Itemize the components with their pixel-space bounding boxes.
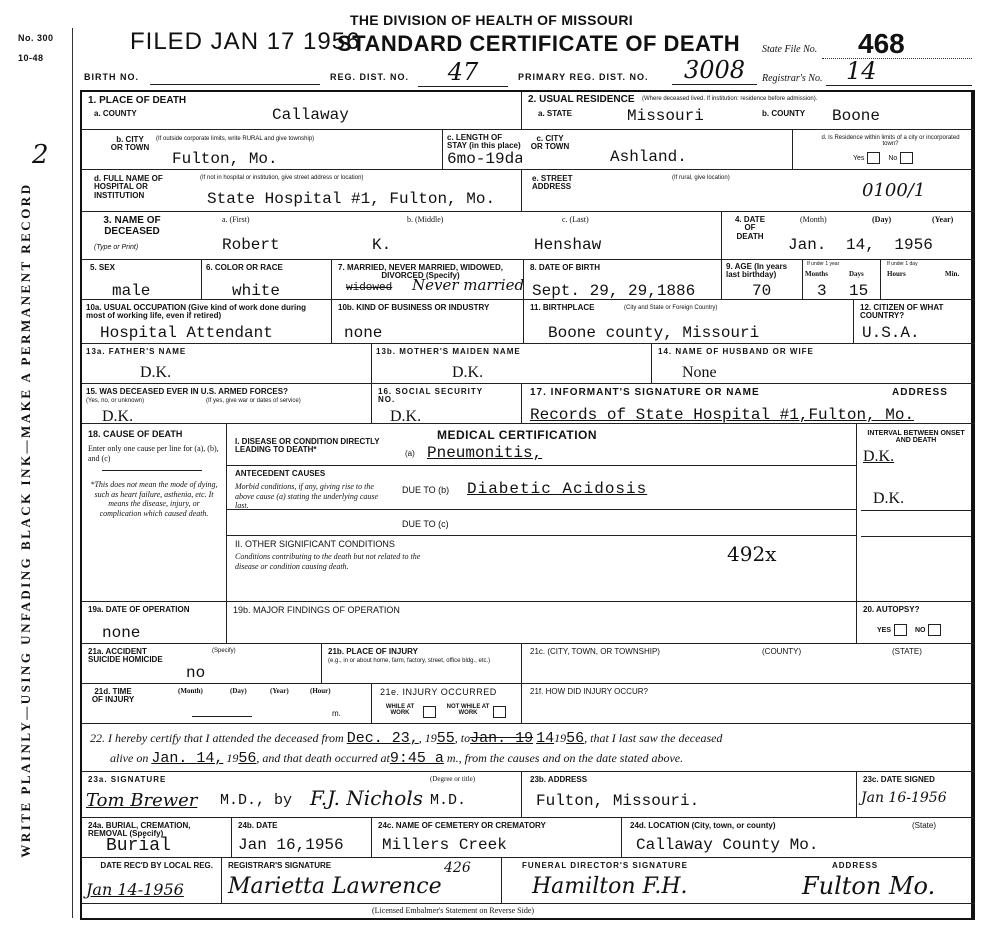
cert-text: , to [455, 731, 470, 745]
spouse-cell: 14. NAME OF HUSBAND OR WIFE None [652, 344, 975, 384]
injury-day-label: (Day) [230, 688, 247, 695]
physician-degree-typed: M.D., by [220, 792, 292, 809]
length-of-stay-value: 6mo-19da [447, 150, 522, 168]
spouse-value: None [682, 364, 717, 382]
injury-county-label: (COUNTY) [762, 648, 801, 656]
registrar-signature-label: REGISTRAR'S SIGNATURE [228, 862, 331, 870]
date-signed-value: Jan 16-1956 [861, 790, 947, 806]
hospital-label: d. FULL NAME OF HOSPITAL OR INSTITUTION [94, 175, 199, 200]
date-of-birth-label: 8. DATE OF BIRTH [530, 264, 600, 272]
residence-city-value: Ashland. [610, 148, 687, 166]
time-of-injury-label: 21d. TIME OF INJURY [88, 688, 138, 705]
place-of-injury-note: (e.g., in or about home, farm, factory, … [328, 658, 513, 664]
citizenship-cell: 12. CITIZEN OF WHAT COUNTRY? U.S.A. [854, 300, 975, 344]
autopsy-cell: 20. AUTOPSY? YES NO [857, 602, 975, 644]
cemetery-location-value: Callaway County Mo. [636, 836, 818, 854]
residence-city-label: c. CITY OR TOWN [530, 135, 570, 152]
age-under-year-cell: If under 1 year Months Days 3 15 [802, 260, 880, 300]
other-conditions-note: Conditions contributing to the death but… [235, 552, 435, 571]
filed-stamp: FILED JAN 17 1956 [130, 28, 360, 56]
under-one-day-label: If under 1 day [887, 262, 918, 267]
date-of-birth-value: Sept. 29, 29,1886 [532, 282, 695, 300]
other-conditions-code: 492x [727, 542, 776, 566]
divider [861, 536, 971, 537]
residence-code-mark: 0100/1 [862, 180, 925, 201]
city-label: b. CITY OR TOWN [110, 136, 150, 153]
place-of-death-city-cell: b. CITY OR TOWN (If outside corporate li… [82, 130, 522, 170]
date-of-death-label: 4. DATE OF DEATH [730, 216, 770, 241]
division-title: THE DIVISION OF HEALTH OF MISSOURI [350, 12, 633, 28]
name-note: (Type or Print) [94, 244, 138, 251]
other-conditions-cell: II. OTHER SIGNIFICANT CONDITIONS Conditi… [227, 536, 857, 602]
registrar-code: 426 [444, 860, 471, 876]
cert-text: , and that death occurred at [256, 751, 390, 765]
date-received-cell: DATE REC'D BY LOCAL REG. Jan 14-1956 [82, 858, 222, 904]
degree-label: (Degree or title) [430, 776, 475, 783]
hospital-note: (If not in hospital or institution, give… [200, 175, 363, 181]
by-physician-degree: M.D. [430, 792, 466, 809]
burial-date-label: 24b. DATE [238, 822, 277, 830]
within-limits-yes-checkbox[interactable] [867, 152, 880, 164]
autopsy-options: YES NO [877, 624, 947, 636]
cemetery-cell: 24c. NAME OF CEMETERY OR CREMATORY Mille… [372, 818, 622, 858]
cemetery-location-cell: 24d. LOCATION (City, town, or county) (S… [622, 818, 975, 858]
injury-location-cell: 21c. (CITY, TOWN, OR TOWNSHIP) (COUNTY) … [522, 644, 975, 684]
marital-status-value: Never married [412, 276, 524, 294]
certification-line-1: 22. I hereby certify that I attended the… [90, 730, 722, 747]
father-cell: 13a. FATHER'S NAME D.K. [82, 344, 372, 384]
cause-a-marker: (a) [405, 450, 415, 458]
residence-county-label: b. COUNTY [762, 110, 805, 118]
occupation-value: Hospital Attendant [100, 324, 273, 342]
informant-label: 17. INFORMANT'S SIGNATURE OR NAME [530, 388, 760, 399]
operation-findings-cell: 19b. MAJOR FINDINGS OF OPERATION [227, 602, 857, 644]
within-limits-cell: d. Is Residence within limits of a city … [792, 130, 975, 170]
informant-address-label: ADDRESS [892, 388, 948, 399]
months-label: Months [805, 271, 828, 278]
occupation-label: 10a. USUAL OCCUPATION (Give kind of work… [86, 304, 326, 321]
reg-dist-label: REG. DIST. NO. [330, 72, 409, 82]
interval-label: INTERVAL BETWEEN ONSET AND DEATH [863, 430, 969, 445]
attended-from-date: Dec. 23, [347, 730, 419, 747]
injury-year-label: (Year) [270, 688, 289, 695]
mother-value: D.K. [452, 364, 483, 382]
interval-a-value: D.K. [863, 448, 894, 466]
date-of-birth-cell: 8. DATE OF BIRTH Sept. 29, 29,1886 [524, 260, 722, 300]
residence-note: (Where deceased lived. If institution: r… [642, 96, 972, 102]
autopsy-yes-checkbox[interactable] [894, 624, 907, 636]
birth-no-label: BIRTH NO. [84, 72, 139, 82]
age-label: 9. AGE (In years last birthday) [726, 263, 798, 280]
month-label: (Month) [800, 216, 827, 224]
day-label: (Day) [872, 216, 891, 224]
immediate-cause-label: I. DISEASE OR CONDITION DIRECTLY LEADING… [235, 438, 405, 455]
interval-cell: INTERVAL BETWEEN ONSET AND DEATH D.K. D.… [857, 424, 975, 602]
time-of-death: 9:45 a [390, 750, 444, 767]
name-label: 3. NAME OF DECEASED [92, 216, 172, 237]
spouse-label: 14. NAME OF HUSBAND OR WIFE [658, 348, 814, 356]
while-at-work-label: WHILE AT WORK [378, 704, 422, 717]
not-while-at-work-checkbox[interactable] [493, 706, 506, 718]
physician-address-cell: 23b. ADDRESS Fulton, Missouri. [522, 772, 857, 818]
operation-date-value: none [102, 624, 140, 642]
funeral-director-address-label: ADDRESS [832, 862, 878, 870]
middle-name-value: K. [372, 236, 391, 254]
funeral-director-signature: Hamilton F.H. [532, 874, 688, 899]
injury-month-label: (Month) [178, 688, 203, 695]
cause-of-death-label: 18. CAUSE OF DEATH [88, 430, 182, 439]
autopsy-yes-label: YES [877, 627, 891, 634]
autopsy-no-checkbox[interactable] [928, 624, 941, 636]
state-file-number: 468 [858, 28, 905, 60]
attended-to-year: 56 [566, 730, 584, 747]
physician-signature: Tom Brewer [86, 790, 197, 811]
marital-status-cell: 7. MARRIED, NEVER MARRIED, WIDOWED, DIVO… [332, 260, 524, 300]
how-injury-label: 21f. HOW DID INJURY OCCUR? [530, 688, 648, 696]
hospital-value: State Hospital #1, Fulton, Mo. [207, 190, 495, 208]
age-years-value: 70 [752, 282, 771, 300]
time-of-injury-cell: 21d. TIME OF INJURY (Month) (Day) (Year)… [82, 684, 372, 724]
cemetery-state-label: (State) [912, 822, 936, 830]
within-limits-no-checkbox[interactable] [900, 152, 913, 164]
age-months-value: 3 [817, 282, 827, 300]
year-label: (Year) [932, 216, 953, 224]
informant-value: Records of State Hospital #1,Fulton, Mo. [530, 406, 914, 424]
yes-label: Yes [853, 155, 864, 162]
cause-of-death-note: Enter only one cause per line for (a), (… [88, 444, 220, 463]
race-label: 6. COLOR OR RACE [206, 264, 283, 272]
due-to-b-label: DUE TO (b) [402, 486, 449, 495]
armed-forces-note1: (Yes, no, or unknown) [86, 398, 144, 404]
registrar-no-label: Registrar's No. [762, 73, 822, 84]
injury-location-label: 21c. (CITY, TOWN, OR TOWNSHIP) [530, 648, 660, 656]
funeral-director-cell: FUNERAL DIRECTOR'S SIGNATURE ADDRESS Ham… [502, 858, 975, 904]
cause-c-cell: DUE TO (c) [227, 510, 857, 536]
residence-street-cell: e. STREET ADDRESS (If rural, give locati… [522, 170, 975, 212]
cemetery-label: 24c. NAME OF CEMETERY OR CREMATORY [378, 822, 546, 830]
place-of-injury-cell: 21b. PLACE OF INJURY (e.g., in or about … [322, 644, 522, 684]
accident-cell: 21a. ACCIDENT SUICIDE HOMICIDE (Specify)… [82, 644, 322, 684]
registrar-signature: Marietta Lawrence [228, 874, 442, 899]
date-of-death-value: Jan. 14, 1956 [788, 236, 933, 254]
residence-state-cell: 2. USUAL RESIDENCE (Where deceased lived… [522, 92, 975, 130]
divider [102, 470, 202, 471]
date-signed-cell: 23c. DATE SIGNED Jan 16-1956 [857, 772, 975, 818]
armed-forces-value: D.K. [102, 408, 133, 424]
operation-findings-label: 19b. MAJOR FINDINGS OF OPERATION [233, 606, 400, 615]
last-seen-year: 56 [238, 750, 256, 767]
specify-label: (Specify) [212, 648, 236, 654]
cause-of-death-sidebar: 18. CAUSE OF DEATH Enter only one cause … [82, 424, 227, 602]
days-label: Days [849, 271, 864, 278]
marital-status-struck: widowed [346, 282, 392, 294]
attended-to-date-struck: Jan. 19 [470, 730, 533, 747]
margin-rule [72, 28, 73, 918]
race-value: white [232, 282, 280, 300]
informant-cell: 17. INFORMANT'S SIGNATURE OR NAME ADDRES… [522, 384, 975, 424]
citizenship-value: U.S.A. [862, 324, 920, 342]
cause-b-cell: ANTECEDENT CAUSES Morbid conditions, if … [227, 466, 857, 510]
registrar-signature-cell: REGISTRAR'S SIGNATURE Marietta Lawrence … [222, 858, 502, 904]
father-label: 13a. FATHER'S NAME [86, 348, 186, 356]
father-value: D.K. [140, 364, 171, 382]
injury-state-label: (STATE) [892, 648, 922, 656]
cert-text: m., from the causes and on the date stat… [447, 751, 683, 765]
residence-city-cell: c. CITY OR TOWN Ashland. d. Is Residence… [522, 130, 975, 170]
citizenship-label: 12. CITIZEN OF WHAT COUNTRY? [860, 304, 972, 321]
hours-label: Hours [887, 271, 906, 278]
business-value: none [344, 324, 382, 342]
residence-state-label: a. STATE [538, 110, 572, 118]
cert-text: alive on [110, 751, 148, 765]
last-seen-date: Jan. 14, [151, 750, 223, 767]
injury-time-line [192, 716, 252, 717]
birthplace-value: Boone county, Missouri [548, 324, 759, 342]
armed-forces-note2: (If yes, give war or dates of service) [206, 398, 301, 404]
interval-b-value: D.K. [873, 490, 904, 508]
antecedent-causes-note: Morbid conditions, if any, giving rise t… [235, 482, 385, 510]
race-cell: 6. COLOR OR RACE white [202, 260, 332, 300]
middle-name-label: b. (Middle) [407, 216, 443, 224]
hospital-cell: d. FULL NAME OF HOSPITAL OR INSTITUTION … [82, 170, 522, 212]
antecedent-causes-label: ANTECEDENT CAUSES [235, 470, 325, 478]
physician-address-label: 23b. ADDRESS [530, 776, 587, 784]
date-of-death-cell: 4. DATE OF DEATH (Month) (Day) (Year) Ja… [722, 212, 975, 260]
cert-text: , that I last saw the deceased [584, 731, 722, 745]
divider [861, 510, 971, 511]
sex-label: 5. SEX [90, 264, 115, 272]
injury-meridiem-label: m. [332, 710, 341, 718]
county-label: a. COUNTY [94, 110, 137, 118]
attended-to-date: 14 [536, 730, 554, 747]
attended-from-year: 55 [437, 730, 455, 747]
business-cell: 10b. KIND OF BUSINESS OR INDUSTRY none [332, 300, 524, 344]
registrar-number: 14 [826, 57, 972, 86]
cert-text: 19 [226, 751, 238, 765]
length-of-stay-label: c. LENGTH OF STAY (in this place) [447, 134, 521, 151]
by-physician-signature: F.J. Nichols [310, 786, 423, 810]
cemetery-location-label: 24d. LOCATION (City, town, or county) [630, 822, 775, 830]
sex-cell: 5. SEX male [82, 260, 202, 300]
cert-text: , 19 [419, 731, 437, 745]
reg-dist-number: 47 [418, 58, 508, 87]
within-limits-options: Yes No [853, 152, 919, 164]
date-signed-label: 23c. DATE SIGNED [863, 776, 935, 784]
primary-reg-number: 3008 [672, 56, 757, 85]
injury-occurred-label: 21e. INJURY OCCURRED [380, 688, 497, 697]
place-of-death-county-cell: 1. PLACE OF DEATH a. COUNTY Callaway [82, 92, 522, 130]
burial-method-value: Burial [106, 836, 171, 856]
cert-text: 22. I hereby certify that I attended the… [90, 731, 344, 745]
armed-forces-label: 15. WAS DECEASED EVER IN U.S. ARMED FORC… [86, 388, 288, 396]
autopsy-no-label: NO [915, 627, 926, 634]
physician-certification-cell: 22. I hereby certify that I attended the… [82, 724, 975, 772]
city-note: (If outside corporate limits, write RURA… [156, 136, 346, 142]
under-one-year-label: If under 1 year [807, 262, 839, 267]
first-name-label: a. (First) [222, 216, 250, 224]
ssn-label: 16. SOCIAL SECURITY NO. [378, 388, 498, 405]
street-label: e. STREET ADDRESS [532, 175, 582, 192]
mother-label: 13b. MOTHER'S MAIDEN NAME [376, 348, 521, 356]
cause-a-value: Pneumonitis, [427, 444, 542, 462]
due-to-c-label: DUE TO (c) [402, 520, 449, 529]
certificate-title: STANDARD CERTIFICATE OF DEATH [337, 31, 740, 57]
operation-date-cell: 19a. DATE OF OPERATION none [82, 602, 227, 644]
accident-value: no [186, 664, 205, 682]
last-name-value: Henshaw [534, 236, 601, 254]
place-of-death-label: 1. PLACE OF DEATH [88, 96, 186, 107]
length-of-stay-cell: c. LENGTH OF STAY (in this place) 6mo-19… [442, 130, 522, 170]
cause-of-death-footnote: *This does not mean the mode of dying, s… [88, 480, 220, 518]
state-file-label: State File No. [762, 44, 817, 55]
birthplace-label: 11. BIRTHPLACE [530, 304, 594, 312]
certificate-form: 1. PLACE OF DEATH a. COUNTY Callaway b. … [80, 90, 975, 920]
ssn-cell: 16. SOCIAL SECURITY NO. D.K. [372, 384, 522, 424]
age-days-value: 15 [849, 282, 868, 300]
residence-county-value: Boone [832, 107, 880, 125]
how-injury-cell: 21f. HOW DID INJURY OCCUR? [522, 684, 975, 724]
armed-forces-cell: 15. WAS DECEASED EVER IN U.S. ARMED FORC… [82, 384, 372, 424]
burial-date-cell: 24b. DATE Jan 16,1956 [232, 818, 372, 858]
cert-text: 19 [554, 731, 566, 745]
within-limits-label: d. Is Residence within limits of a city … [813, 135, 968, 148]
margin-instruction: WRITE PLAINLY—USING UNFADING BLACK INK—M… [8, 130, 44, 910]
injury-hour-label: (Hour) [310, 688, 331, 695]
mother-cell: 13b. MOTHER'S MAIDEN NAME D.K. [372, 344, 652, 384]
funeral-director-address: Fulton Mo. [802, 872, 935, 900]
physician-signature-cell: 23a. SIGNATURE (Degree or title) Tom Bre… [82, 772, 522, 818]
birth-no-field [150, 84, 320, 85]
name-cell: 3. NAME OF DECEASED (Type or Print) a. (… [82, 212, 722, 260]
residence-state-value: Missouri [627, 107, 704, 125]
embalmer-note: (Licensed Embalmer's Statement on Revers… [372, 906, 534, 915]
place-of-injury-label: 21b. PLACE OF INJURY [328, 648, 418, 656]
age-cell: 9. AGE (In years last birthday) 70 If un… [722, 260, 975, 300]
birthplace-cell: 11. BIRTHPLACE (City and State or Foreig… [524, 300, 854, 344]
residence-label: 2. USUAL RESIDENCE [528, 95, 635, 106]
cemetery-value: Millers Creek [382, 836, 507, 854]
business-label: 10b. KIND OF BUSINESS OR INDUSTRY [338, 304, 516, 312]
autopsy-label: 20. AUTOPSY? [863, 606, 919, 614]
sex-value: male [112, 282, 150, 300]
burial-method-cell: 24a. BURIAL, CREMATION, REMOVAL (Specify… [82, 818, 232, 858]
age-under-day-cell: If under 1 day Hours Min. [880, 260, 975, 300]
street-note: (If rural, give location) [672, 175, 730, 181]
funeral-director-label: FUNERAL DIRECTOR'S SIGNATURE [522, 862, 688, 870]
death-county-value: Callaway [272, 106, 349, 124]
not-while-at-work-label: NOT WHILE AT WORK [444, 704, 492, 717]
margin-handwritten-mark: 2 [32, 140, 49, 170]
signature-label: 23a. SIGNATURE [88, 776, 166, 784]
certification-line-2: alive on Jan. 14, 1956, and that death o… [110, 750, 683, 767]
birthplace-note: (City and State or Foreign Country) [624, 305, 717, 311]
other-conditions-label: II. OTHER SIGNIFICANT CONDITIONS [235, 540, 395, 549]
death-city-value: Fulton, Mo. [172, 150, 278, 168]
form-revision-date: 10-48 [18, 53, 44, 63]
first-name-value: Robert [222, 236, 280, 254]
last-name-label: c. (Last) [562, 216, 589, 224]
injury-occurred-cell: 21e. INJURY OCCURRED WHILE AT WORK NOT W… [372, 684, 522, 724]
no-label: No [888, 155, 897, 162]
occupation-cell: 10a. USUAL OCCUPATION (Give kind of work… [82, 300, 332, 344]
date-received-value: Jan 14-1956 [86, 880, 184, 899]
physician-address-value: Fulton, Missouri. [536, 792, 699, 810]
date-received-label: DATE REC'D BY LOCAL REG. [88, 862, 213, 870]
accident-label: 21a. ACCIDENT SUICIDE HOMICIDE [88, 648, 178, 665]
primary-reg-label: PRIMARY REG. DIST. NO. [518, 72, 649, 82]
operation-date-label: 19a. DATE OF OPERATION [88, 606, 213, 614]
cause-a-cell: I. DISEASE OR CONDITION DIRECTLY LEADING… [227, 424, 857, 466]
form-number: No. 300 [18, 33, 54, 43]
burial-date-value: Jan 16,1956 [238, 836, 344, 854]
while-at-work-checkbox[interactable] [423, 706, 436, 718]
minutes-label: Min. [945, 271, 959, 278]
ssn-value: D.K. [390, 408, 421, 424]
cause-b-value: Diabetic Acidosis [467, 480, 647, 498]
